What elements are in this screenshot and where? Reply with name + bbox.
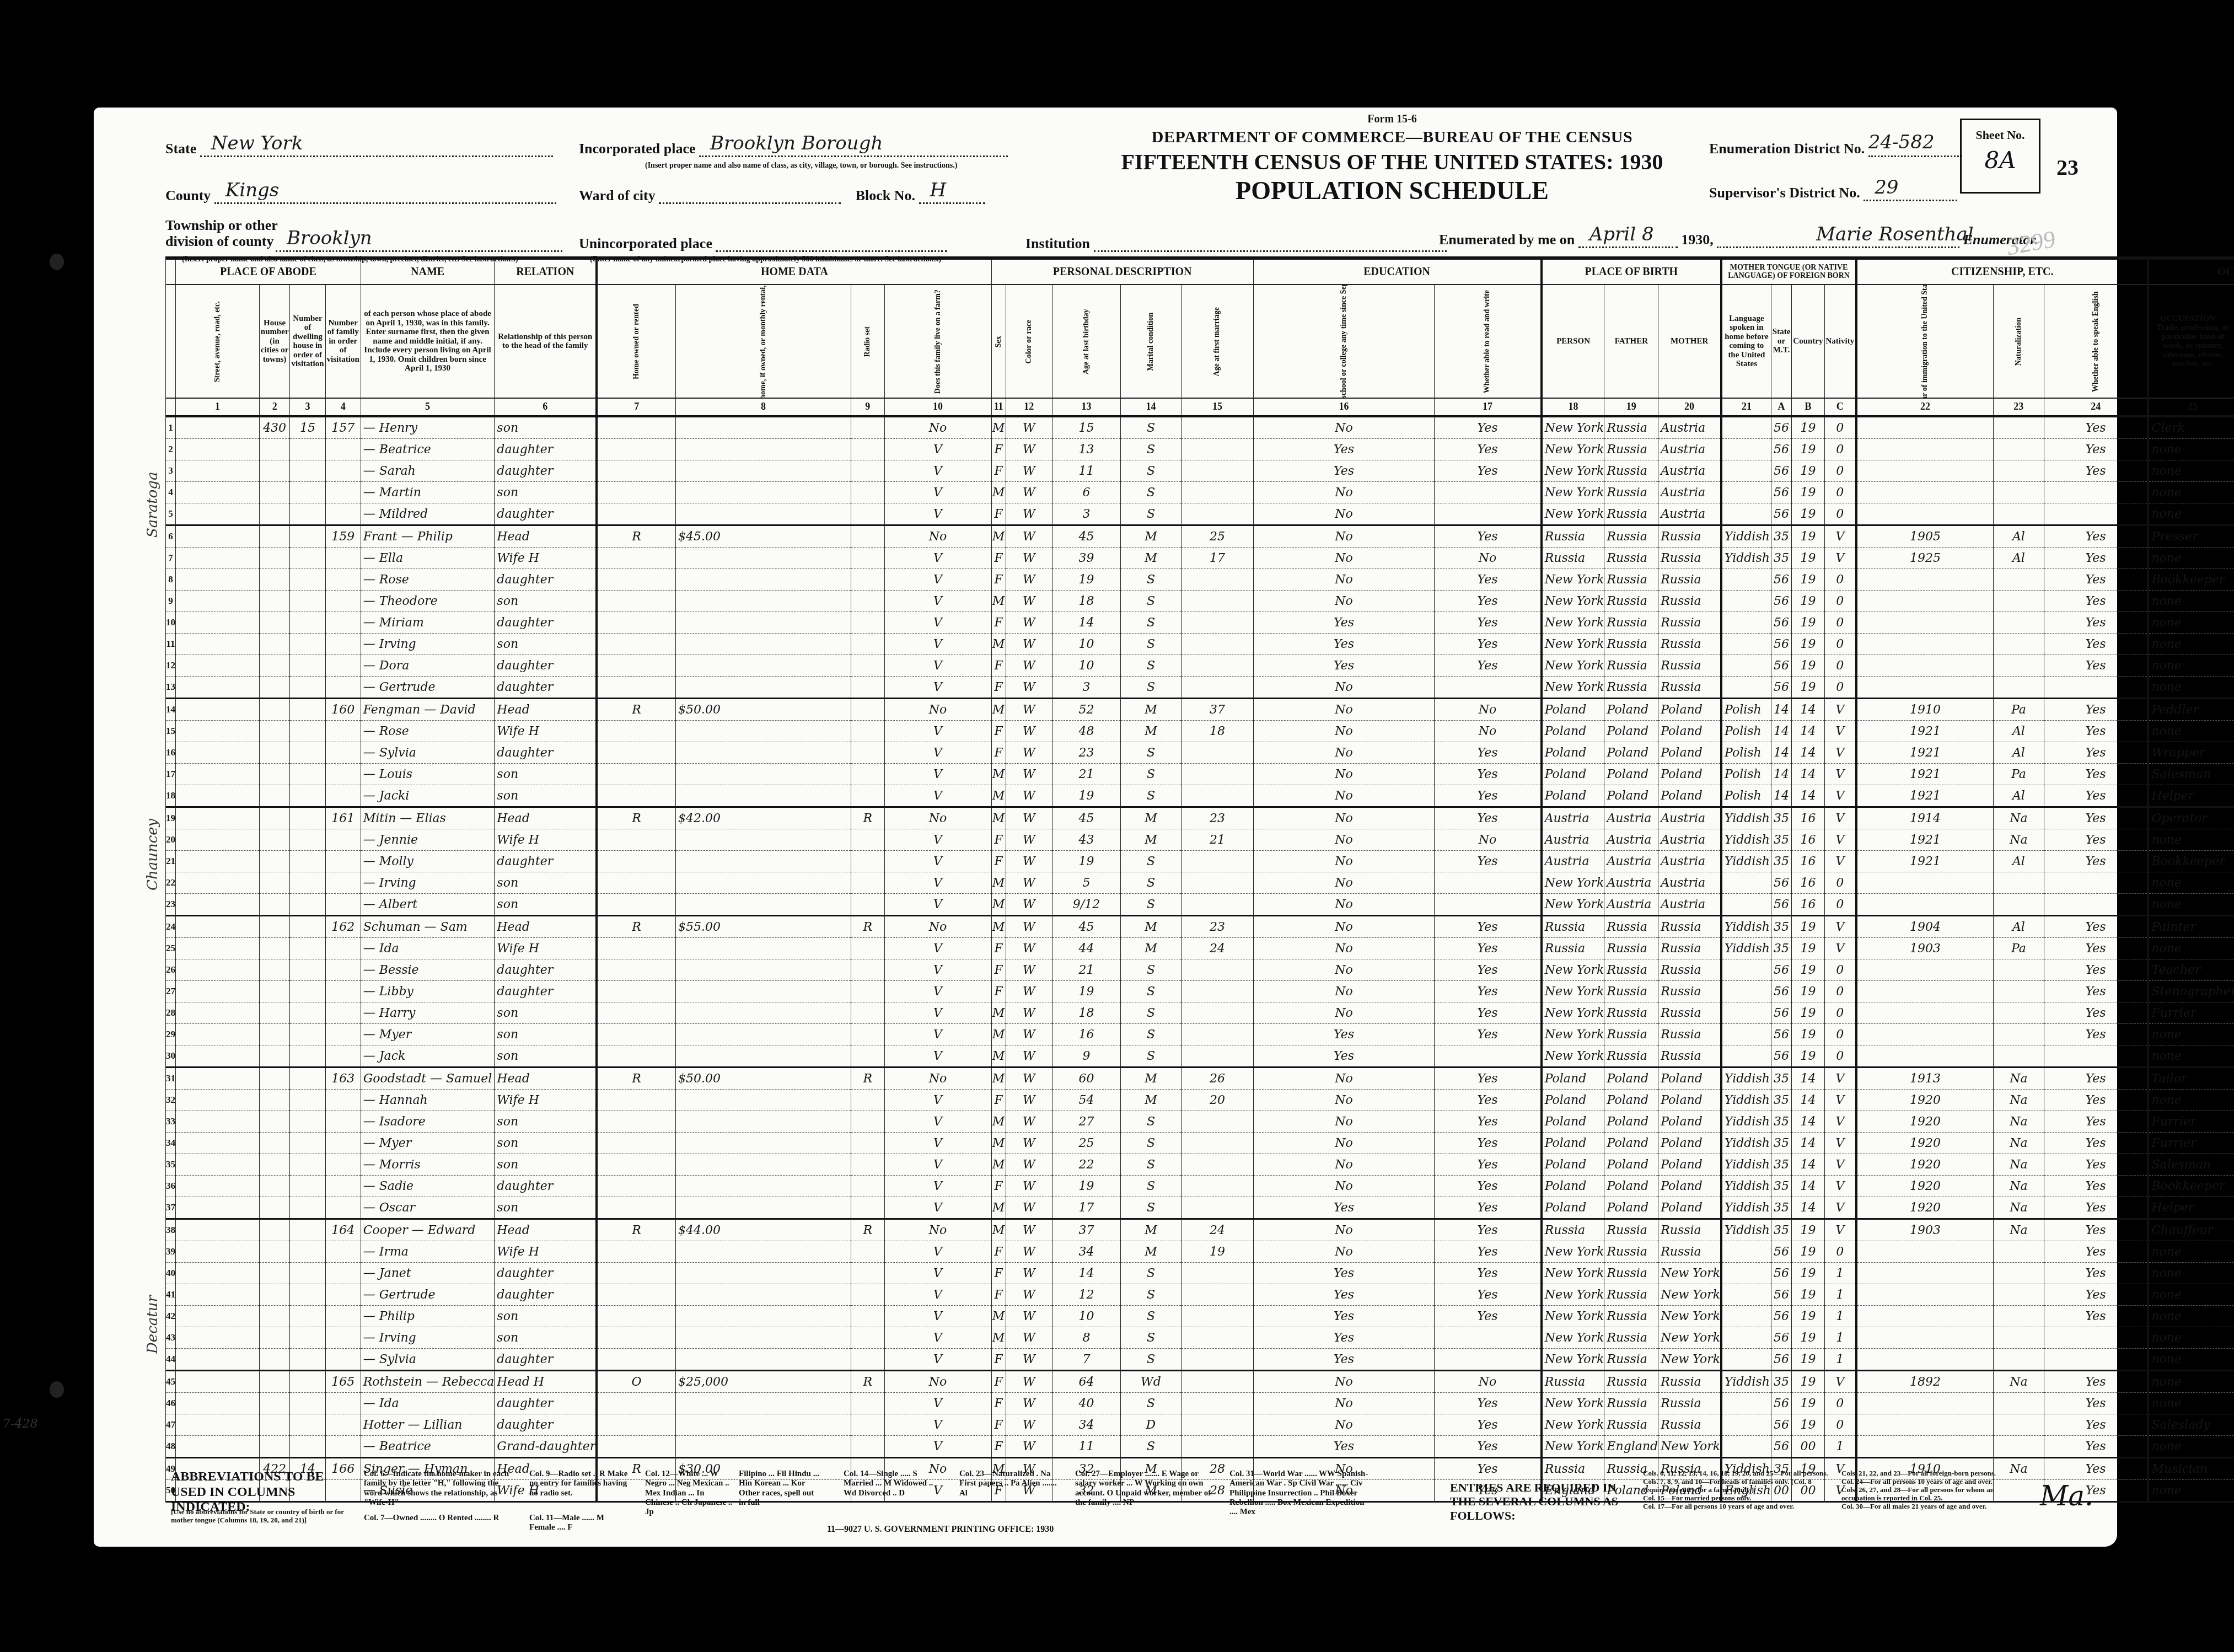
cell-value: [676, 785, 851, 807]
column-subheader: PERSON: [1542, 285, 1604, 398]
cell-nat: [1993, 677, 2044, 699]
cell-cb: 19: [1792, 1045, 1824, 1068]
column-subheader: Relationship of this person to the head …: [495, 285, 597, 398]
table-row: 5— MildreddaughterVFW3SNoNew YorkRussiaA…: [166, 503, 2234, 525]
column-subheader: FATHER: [1604, 285, 1658, 398]
cell-birth: New York: [1542, 591, 1604, 612]
cell-birth: Poland: [1542, 699, 1604, 721]
cell-mother: Russia: [1658, 1371, 1721, 1393]
cell-school: Yes: [1253, 1197, 1435, 1219]
cell-value: [676, 981, 851, 1002]
cell-street: [176, 612, 260, 634]
cell-owned: [597, 1306, 675, 1327]
cell-sex: F: [991, 1436, 1006, 1458]
cell-name: — Bessie: [361, 959, 495, 981]
table-row: 44— SylviadaughterVFW7SYesNew YorkRussia…: [166, 1349, 2234, 1371]
cell-nat: [1993, 416, 2044, 439]
column-subheader-text: MOTHER: [1671, 337, 1708, 346]
cell-occupation: none: [2148, 1045, 2234, 1068]
cell-cb: 19: [1792, 1219, 1824, 1241]
cell-radio: R: [851, 916, 884, 938]
cell-read: [1435, 677, 1542, 699]
cell-english: Yes: [2044, 785, 2148, 807]
cell-marital: S: [1120, 872, 1181, 894]
cell-age-marr: [1182, 591, 1254, 612]
cell-immig: [1856, 1306, 1993, 1327]
column-subheader: Language spoken in home before coming to…: [1721, 285, 1771, 398]
cell-owned: [597, 721, 675, 742]
cell-occupation: none: [2148, 460, 2234, 482]
cell-tongue: Yiddish: [1721, 1133, 1771, 1154]
column-number: 4: [325, 398, 361, 416]
cell-nat: Na: [1993, 1090, 2044, 1111]
cell-occupation: Presser: [2148, 525, 2234, 548]
cell-immig: [1856, 612, 1993, 634]
cell-mother: New York: [1658, 1306, 1721, 1327]
column-subheader-text: Age at last birthday: [1082, 309, 1091, 374]
cell-age: 39: [1052, 548, 1121, 569]
cell-sex: F: [991, 1371, 1006, 1393]
cell-cb: 14: [1792, 1068, 1824, 1090]
cell-relation: son: [495, 785, 597, 807]
cell-cb: 19: [1792, 1263, 1824, 1284]
cell-dwelling: 15: [290, 416, 325, 439]
cell-dwelling: [290, 1414, 325, 1436]
enumerated-date: April 8: [1589, 223, 1654, 245]
cell-farm: V: [884, 655, 991, 677]
cell-birth: Poland: [1542, 1154, 1604, 1176]
cell-family: [325, 655, 361, 677]
cell-mother: Russia: [1658, 612, 1721, 634]
cell-line: 39: [166, 1241, 176, 1263]
cell-farm: V: [884, 721, 991, 742]
cell-name: Schuman — Sam: [361, 916, 495, 938]
cell-owned: [597, 460, 675, 482]
cell-street: [176, 439, 260, 460]
sheet-label: Sheet No.: [1962, 128, 2039, 142]
cell-house: [259, 1371, 290, 1393]
cell-dwelling: [290, 699, 325, 721]
column-subheader-text: Age at first marriage: [1213, 307, 1221, 377]
cell-line: 26: [166, 959, 176, 981]
cell-street: [176, 1176, 260, 1197]
cell-radio: [851, 569, 884, 591]
cell-read: No: [1435, 721, 1542, 742]
cell-school: No: [1253, 1154, 1435, 1176]
cell-age: 45: [1052, 525, 1121, 548]
cell-cc: V: [1824, 1068, 1856, 1090]
cell-age-marr: [1182, 1414, 1254, 1436]
cell-dwelling: [290, 1176, 325, 1197]
cell-age: 52: [1052, 699, 1121, 721]
cell-sex: M: [991, 1327, 1006, 1349]
cell-race: W: [1006, 1306, 1052, 1327]
cell-immig: [1856, 959, 1993, 981]
cell-read: No: [1435, 548, 1542, 569]
cell-age: 34: [1052, 1414, 1121, 1436]
column-number: 3: [290, 398, 325, 416]
cell-relation: daughter: [495, 439, 597, 460]
cell-family: [325, 1263, 361, 1284]
cell-age: 10: [1052, 1306, 1121, 1327]
cell-age-marr: 19: [1182, 1241, 1254, 1263]
cell-street: [176, 1241, 260, 1263]
cell-birth: New York: [1542, 503, 1604, 525]
column-subheader: Home owned or rented: [597, 285, 675, 398]
table-row: 35— MorrissonVMW22SNoYesPolandPolandPola…: [166, 1154, 2234, 1176]
cell-sex: M: [991, 1024, 1006, 1045]
cell-cb: 19: [1792, 1327, 1824, 1349]
table-row: 23— AlbertsonVMW9/12SNoNew YorkAustriaAu…: [166, 894, 2234, 916]
cell-marital: M: [1120, 1219, 1181, 1241]
table-row: 33— IsadoresonVMW27SNoYesPolandPolandPol…: [166, 1111, 2234, 1133]
cell-immig: 1892: [1856, 1371, 1993, 1393]
cell-english: Yes: [2044, 548, 2148, 569]
cell-marital: S: [1120, 1263, 1181, 1284]
cell-street: [176, 1284, 260, 1306]
cell-relation: Wife H: [495, 721, 597, 742]
cell-age-marr: [1182, 634, 1254, 655]
cell-dwelling: [290, 525, 325, 548]
cell-cb: 19: [1792, 1024, 1824, 1045]
cell-cc: V: [1824, 1371, 1856, 1393]
cell-age-marr: 23: [1182, 916, 1254, 938]
cell-name: Rothstein — Rebecca: [361, 1371, 495, 1393]
column-subheader-text: Number of family in order of visitation: [327, 319, 359, 364]
column-number: 10: [884, 398, 991, 416]
cell-marital: S: [1120, 634, 1181, 655]
cell-house: [259, 677, 290, 699]
cell-mother: Poland: [1658, 721, 1721, 742]
cell-father: Russia: [1604, 1414, 1658, 1436]
column-subheader-text: Whether able to read and write: [1483, 290, 1491, 393]
cell-value: [676, 829, 851, 851]
cell-age-marr: [1182, 439, 1254, 460]
cell-owned: R: [597, 525, 675, 548]
cell-farm: No: [884, 1371, 991, 1393]
cell-relation: son: [495, 764, 597, 785]
cell-radio: [851, 742, 884, 764]
cell-farm: V: [884, 634, 991, 655]
cell-owned: [597, 1241, 675, 1263]
cell-dwelling: [290, 1133, 325, 1154]
cell-mother: Russia: [1658, 1414, 1721, 1436]
table-row: 34— MyersonVMW25SNoYesPolandPolandPoland…: [166, 1133, 2234, 1154]
cell-tongue: Yiddish: [1721, 1371, 1771, 1393]
cell-age: 19: [1052, 981, 1121, 1002]
cell-tongue: [1721, 872, 1771, 894]
cell-age: 14: [1052, 1263, 1121, 1284]
cell-value: $50.00: [676, 1068, 851, 1090]
cell-ca: 56: [1771, 1393, 1792, 1414]
abbrev-note: [Use no abbreviations for State or count…: [171, 1508, 353, 1525]
cell-family: [325, 634, 361, 655]
cell-sex: F: [991, 1393, 1006, 1414]
cell-race: W: [1006, 829, 1052, 851]
cell-age-marr: [1182, 1263, 1254, 1284]
cell-relation: daughter: [495, 1393, 597, 1414]
cell-read: [1435, 1327, 1542, 1349]
cell-age-marr: [1182, 981, 1254, 1002]
initials: Ma.: [2040, 1481, 2093, 1512]
cell-owned: R: [597, 1068, 675, 1090]
cell-name: — Jack: [361, 1045, 495, 1068]
census-table: PLACE OF ABODE NAME RELATION HOME DATA P…: [165, 256, 2234, 1503]
cell-relation: Head: [495, 699, 597, 721]
cell-radio: [851, 548, 884, 569]
cell-relation: Wife H: [495, 1241, 597, 1263]
cell-line: 37: [166, 1197, 176, 1219]
cell-english: Yes: [2044, 1241, 2148, 1263]
abbrev-col12-other: Filipino ... Fil Hindu ... Hin Korean ..…: [739, 1469, 821, 1508]
column-number: 2: [259, 398, 290, 416]
cell-father: Poland: [1604, 785, 1658, 807]
cell-relation: son: [495, 1002, 597, 1024]
cell-radio: [851, 416, 884, 439]
column-subheader-text: Radio set: [863, 326, 872, 357]
cell-school: No: [1253, 1393, 1435, 1414]
cell-english: Yes: [2044, 764, 2148, 785]
cell-line: 40: [166, 1263, 176, 1284]
cell-house: [259, 894, 290, 916]
cell-radio: R: [851, 1371, 884, 1393]
cell-mother: Russia: [1658, 1393, 1721, 1414]
cell-race: W: [1006, 981, 1052, 1002]
cell-street: [176, 916, 260, 938]
cell-mother: Austria: [1658, 416, 1721, 439]
cell-marital: S: [1120, 742, 1181, 764]
cell-street: [176, 764, 260, 785]
cell-english: Yes: [2044, 1133, 2148, 1154]
cell-english: Yes: [2044, 525, 2148, 548]
cell-value: [676, 1176, 851, 1197]
cell-mother: New York: [1658, 1436, 1721, 1458]
cell-ca: 35: [1771, 1176, 1792, 1197]
cell-immig: [1856, 460, 1993, 482]
cell-occupation: none: [2148, 482, 2234, 503]
cell-cc: V: [1824, 1090, 1856, 1111]
cell-mother: Poland: [1658, 785, 1721, 807]
cell-owned: [597, 503, 675, 525]
cell-english: Yes: [2044, 829, 2148, 851]
cell-cc: 1: [1824, 1436, 1856, 1458]
cell-farm: No: [884, 416, 991, 439]
cell-father: Russia: [1604, 634, 1658, 655]
table-row: 30— JacksonVMW9SYesNew YorkRussiaRussia5…: [166, 1045, 2234, 1068]
cell-dwelling: [290, 612, 325, 634]
column-subheader-text: Country: [1793, 337, 1823, 346]
cell-family: [325, 959, 361, 981]
cell-relation: Head: [495, 807, 597, 829]
cell-age-marr: [1182, 677, 1254, 699]
cell-owned: R: [597, 916, 675, 938]
citizenship-header: CITIZENSHIP, ETC.: [1856, 258, 2148, 285]
cell-english: [2044, 872, 2148, 894]
cell-house: [259, 721, 290, 742]
binding-hole-top: [50, 254, 64, 270]
cell-age-marr: [1182, 1002, 1254, 1024]
cell-marital: S: [1120, 1306, 1181, 1327]
cell-occupation: none: [2148, 1284, 2234, 1306]
cell-immig: 1903: [1856, 938, 1993, 959]
cell-nat: Al: [1993, 721, 2044, 742]
cell-value: [676, 1154, 851, 1176]
cell-birth: New York: [1542, 981, 1604, 1002]
column-subheader-text: Nativity: [1826, 337, 1855, 346]
cell-cb: 16: [1792, 894, 1824, 916]
cell-sex: F: [991, 1414, 1006, 1436]
cell-owned: R: [597, 699, 675, 721]
line-number-header: [166, 258, 176, 285]
cell-school: No: [1253, 829, 1435, 851]
column-subheader: Marital condition: [1120, 285, 1181, 398]
column-subheader-text: Does this family live on a farm?: [933, 289, 942, 394]
cell-line: 23: [166, 894, 176, 916]
cell-name: — Ida: [361, 938, 495, 959]
cell-cc: 0: [1824, 894, 1856, 916]
cell-value: [676, 677, 851, 699]
cell-name: — Theodore: [361, 591, 495, 612]
cell-value: $45.00: [676, 525, 851, 548]
cell-dwelling: [290, 1436, 325, 1458]
cell-school: No: [1253, 1414, 1435, 1436]
cell-nat: [1993, 655, 2044, 677]
cell-street: [176, 829, 260, 851]
cell-house: [259, 1154, 290, 1176]
cell-dwelling: [290, 482, 325, 503]
cell-dwelling: [290, 1349, 325, 1371]
cell-marital: S: [1120, 460, 1181, 482]
cell-occupation: none: [2148, 548, 2234, 569]
cell-tongue: [1721, 677, 1771, 699]
cell-father: Russia: [1604, 416, 1658, 439]
cell-school: Yes: [1253, 612, 1435, 634]
cell-relation: Head: [495, 1068, 597, 1090]
cell-family: [325, 612, 361, 634]
cell-nat: Na: [1993, 807, 2044, 829]
cell-house: [259, 916, 290, 938]
cell-name: — Rose: [361, 569, 495, 591]
cell-cc: V: [1824, 699, 1856, 721]
cell-dwelling: [290, 785, 325, 807]
table-row: 2— BeatricedaughterVFW13SYesYesNew YorkR…: [166, 439, 2234, 460]
cell-name: — Martin: [361, 482, 495, 503]
cell-age-marr: 25: [1182, 525, 1254, 548]
cell-english: [2044, 482, 2148, 503]
cell-name: — Louis: [361, 764, 495, 785]
cell-line: 16: [166, 742, 176, 764]
cell-age: 16: [1052, 1024, 1121, 1045]
cell-marital: S: [1120, 655, 1181, 677]
cell-birth: New York: [1542, 634, 1604, 655]
cell-family: [325, 548, 361, 569]
cell-house: [259, 1327, 290, 1349]
cell-farm: V: [884, 503, 991, 525]
column-subheader: Whether able to speak English: [2044, 285, 2148, 398]
cell-birth: Russia: [1542, 1371, 1604, 1393]
cell-age-marr: [1182, 1371, 1254, 1393]
cell-marital: M: [1120, 525, 1181, 548]
column-number: 5: [361, 398, 495, 416]
cell-nat: Na: [1993, 1197, 2044, 1219]
cell-race: W: [1006, 1219, 1052, 1241]
table-row: 25— IdaWife HVFW44M24NoYesRussiaRussiaRu…: [166, 938, 2234, 959]
cell-cb: 14: [1792, 1197, 1824, 1219]
cell-tongue: [1721, 1327, 1771, 1349]
table-row: 29— MyersonVMW16SYesYesNew YorkRussiaRus…: [166, 1024, 2234, 1045]
cell-owned: [597, 655, 675, 677]
cell-immig: 1921: [1856, 851, 1993, 872]
cell-farm: V: [884, 1090, 991, 1111]
cell-owned: [597, 439, 675, 460]
cell-relation: Head: [495, 916, 597, 938]
cell-house: [259, 1393, 290, 1414]
column-subheader: Attended school or college any time sinc…: [1253, 285, 1435, 398]
cell-house: 430: [259, 416, 290, 439]
column-subheader: Age at first marriage: [1182, 285, 1254, 398]
cell-cb: 19: [1792, 525, 1824, 548]
cell-owned: [597, 1176, 675, 1197]
cell-dwelling: [290, 1068, 325, 1090]
cell-age-marr: [1182, 482, 1254, 503]
education-header: EDUCATION: [1253, 258, 1541, 285]
cell-birth: Poland: [1542, 1176, 1604, 1197]
cell-ca: 56: [1771, 482, 1792, 503]
cell-race: W: [1006, 764, 1052, 785]
cell-farm: V: [884, 959, 991, 981]
cell-dwelling: [290, 1111, 325, 1133]
cell-age: 9: [1052, 1045, 1121, 1068]
cell-immig: [1856, 591, 1993, 612]
cell-race: W: [1006, 591, 1052, 612]
cell-ca: 56: [1771, 569, 1792, 591]
cell-marital: S: [1120, 1436, 1181, 1458]
cell-ca: 56: [1771, 677, 1792, 699]
cell-immig: 1914: [1856, 807, 1993, 829]
cell-sex: F: [991, 851, 1006, 872]
cell-age-marr: [1182, 959, 1254, 981]
cell-occupation: none: [2148, 1241, 2234, 1263]
cell-ca: 56: [1771, 981, 1792, 1002]
cell-occupation: none: [2148, 677, 2234, 699]
cell-family: [325, 1045, 361, 1068]
cell-immig: [1856, 1045, 1993, 1068]
cell-father: Poland: [1604, 1068, 1658, 1090]
cell-relation: son: [495, 1111, 597, 1133]
cell-line: 42: [166, 1306, 176, 1327]
cell-read: Yes: [1435, 851, 1542, 872]
cell-sex: M: [991, 482, 1006, 503]
stamp-number: 3299: [2005, 225, 2058, 261]
ward-field: Ward of city Block No. H: [579, 187, 985, 204]
cell-immig: 1921: [1856, 742, 1993, 764]
cell-age: 19: [1052, 785, 1121, 807]
cell-mother: Russia: [1658, 916, 1721, 938]
township-value-field: Brooklyn: [276, 235, 562, 252]
cell-race: W: [1006, 1090, 1052, 1111]
cell-value: [676, 1284, 851, 1306]
cell-sex: F: [991, 721, 1006, 742]
cell-occupation: Wrapper: [2148, 742, 2234, 764]
cell-street: [176, 851, 260, 872]
cell-father: Poland: [1604, 764, 1658, 785]
cell-farm: V: [884, 1349, 991, 1371]
entries-line-2: Cols. 7, 8, 9, and 10—For heads of famil…: [1643, 1478, 1836, 1494]
cell-farm: V: [884, 1176, 991, 1197]
cell-radio: [851, 1045, 884, 1068]
cell-sex: M: [991, 807, 1006, 829]
cell-relation: son: [495, 591, 597, 612]
